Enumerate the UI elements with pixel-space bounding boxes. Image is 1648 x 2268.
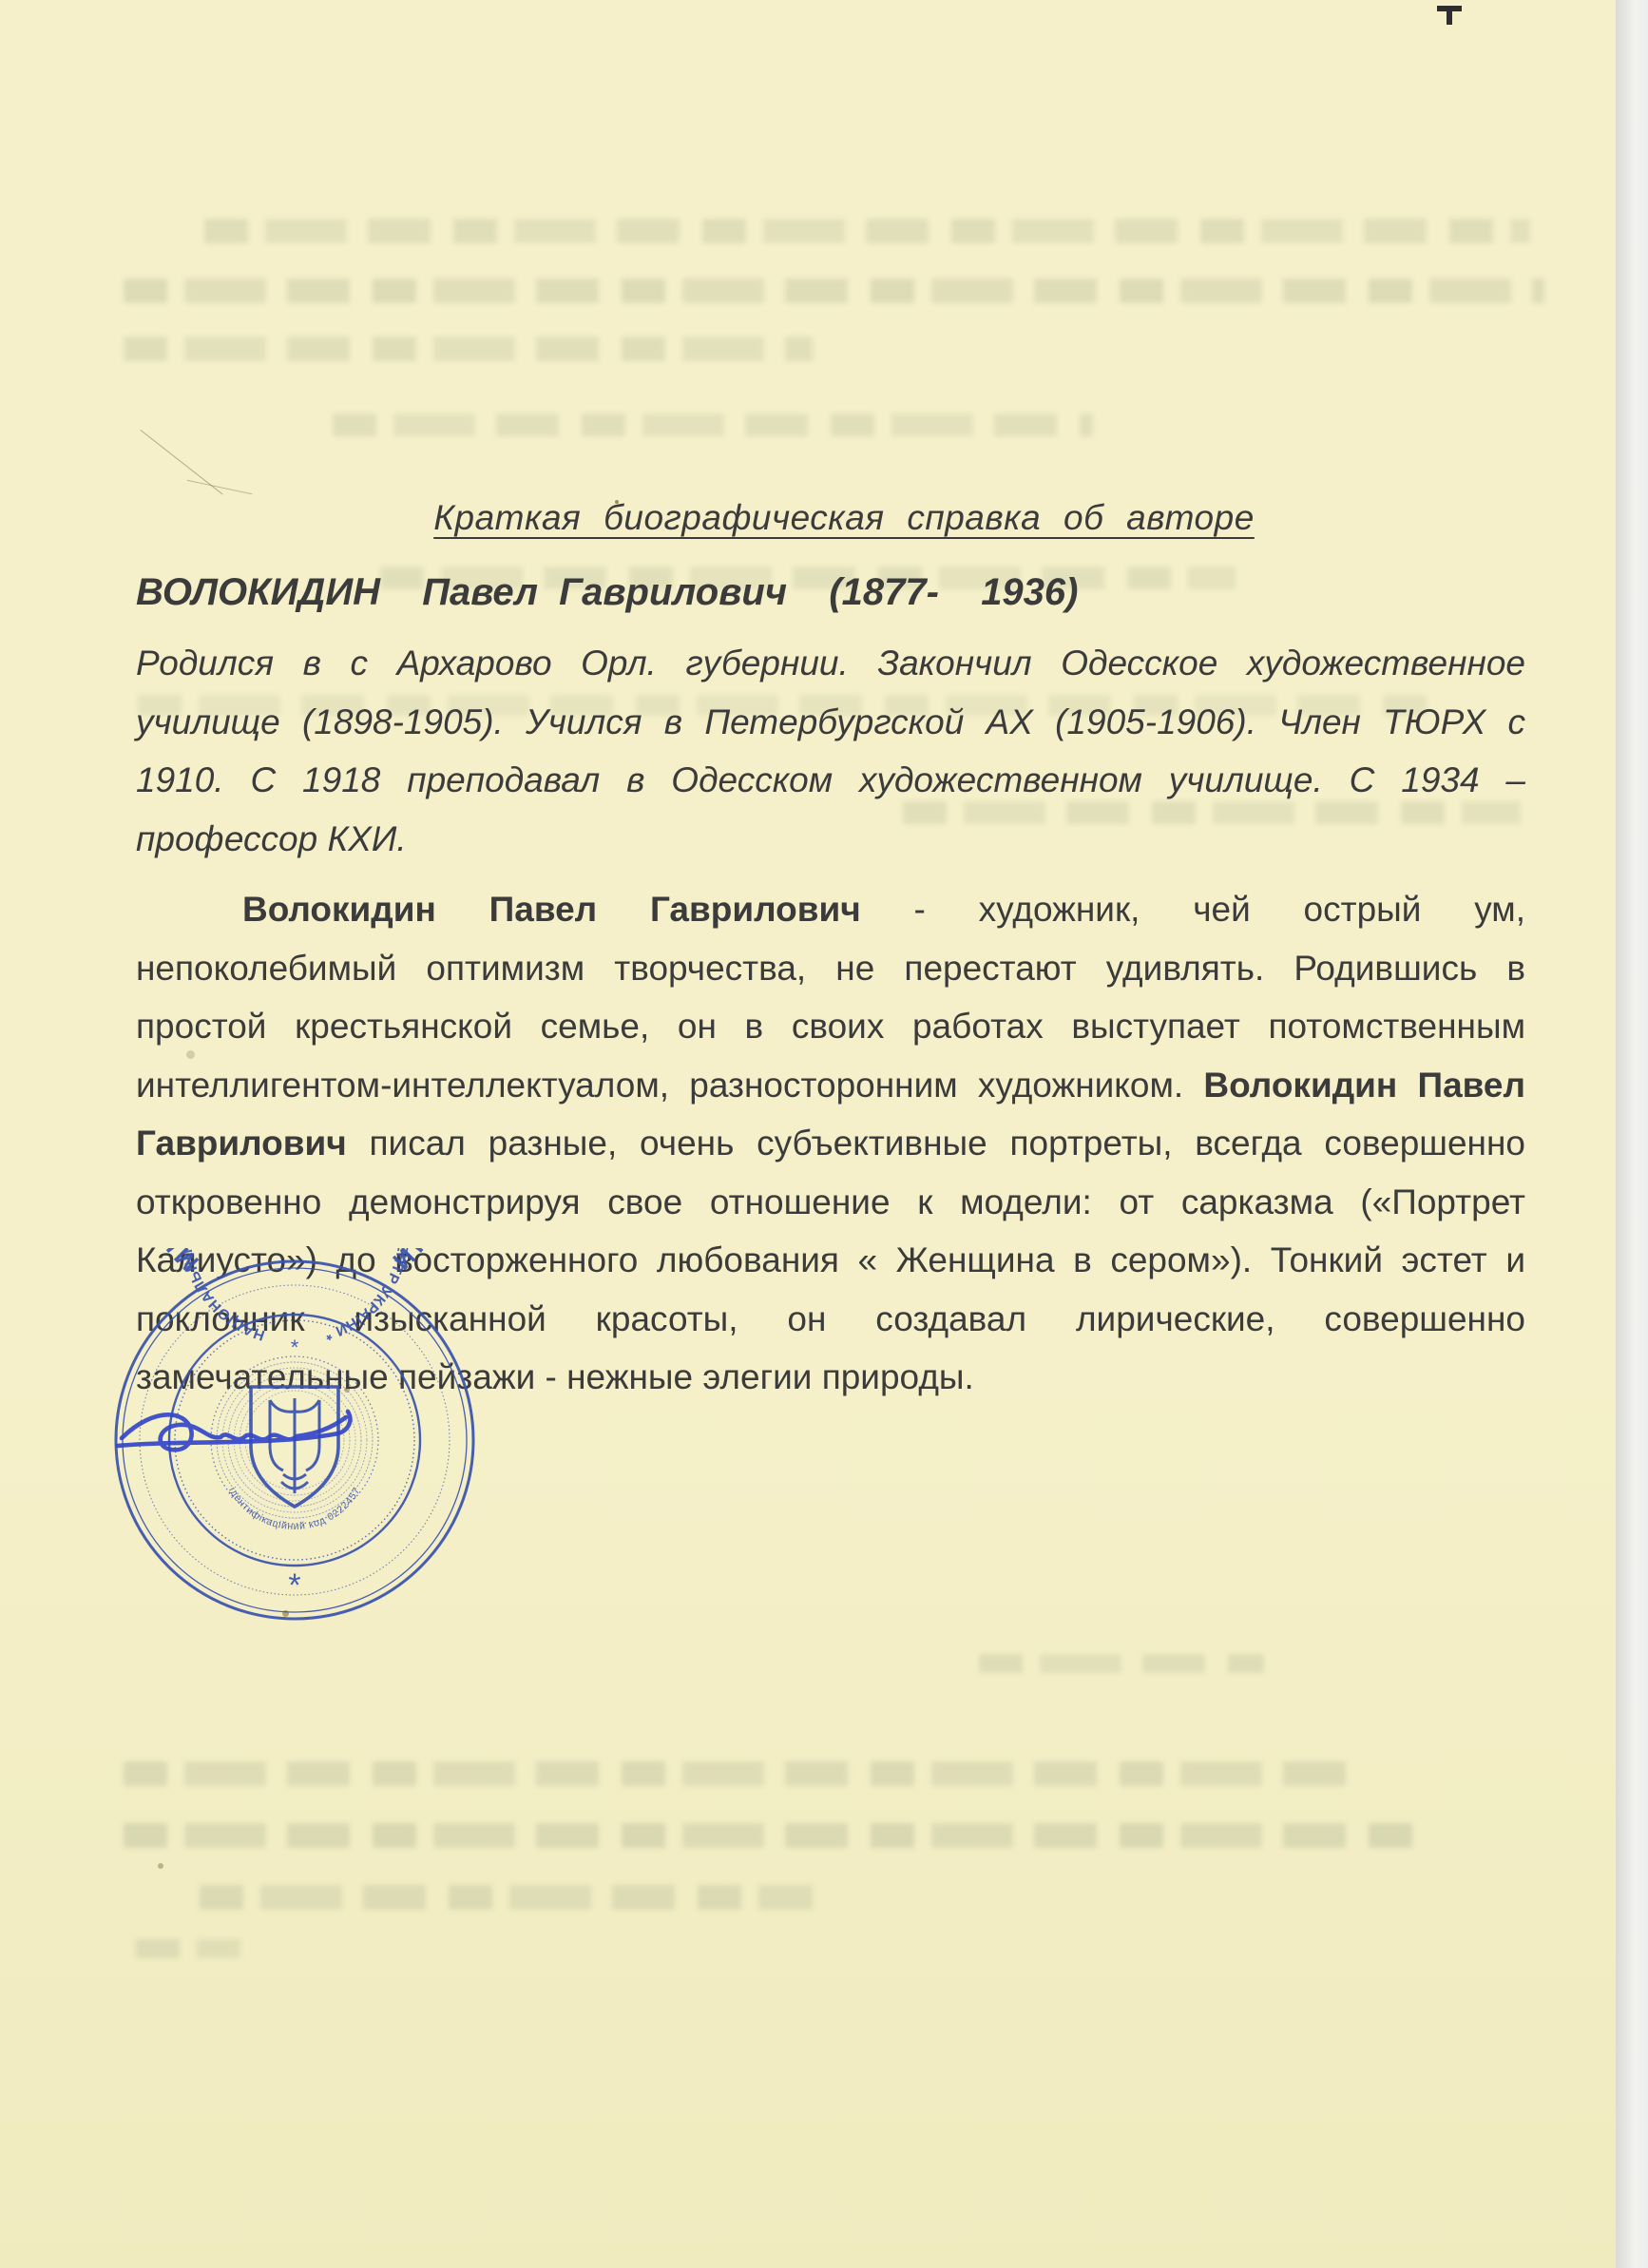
body-line: Гаврилович писал разные, очень субъектив… [136,1114,1525,1173]
author-name-bold: Волокидин Павел Гаврилович [242,890,861,929]
author-name-bold: Волокидин Павел [1203,1066,1525,1105]
bleedthrough-line [979,1654,1264,1673]
bleedthrough-line [136,1939,240,1958]
bleedthrough-line [124,1823,1426,1848]
bleedthrough-line [124,336,813,361]
bleedthrough-line [124,279,1544,303]
registration-mark [1437,6,1462,27]
registration-mark-stem [1447,11,1452,25]
bleedthrough-line [124,1761,1350,1786]
document-title: Краткая биографическая справка об авторе [136,498,1539,538]
bleedthrough-line [333,413,1093,436]
author-name-bold: Гаврилович [136,1124,347,1163]
bio-line: профессор КХИ. [136,810,1525,869]
scanner-edge-strip [1616,0,1648,2268]
stamp-bottom-asterisk: * [288,1567,300,1604]
body-text: писал разные, очень субъективные портрет… [347,1124,1525,1163]
bio-line: училище (1898-1905). Учился в Петербургс… [136,693,1525,752]
body-text: простой крестьянской семье, он в своих р… [136,1007,1525,1046]
body-line: Волокидин Павел Гаврилович - художник, ч… [136,880,1525,939]
scanned-document-page: Краткая биографическая справка об авторе… [0,0,1648,2268]
body-text: откровенно демонстрируя свое отношение к… [136,1182,1525,1221]
bleedthrough-line [200,1885,813,1910]
ukraine-trident-emblem [251,1387,338,1507]
bleedthrough-line [204,219,1530,243]
body-text: интеллигентом-интеллектуалом, разносторо… [136,1066,1203,1105]
body-text: - художник, чей острый ум, [861,890,1525,929]
bio-line: Родился в с Архарово Орл. губернии. Зако… [136,634,1525,693]
stamp-top-asterisk: * [291,1336,299,1359]
author-name-line: ВОЛОКИДИН Павел Гаврилович (1877- 1936) [136,571,1525,614]
bio-paragraph: Родился в с Архарово Орл. губернии. Зако… [136,634,1525,868]
body-line: откровенно демонстрируя свое отношение к… [136,1173,1525,1232]
body-line: непоколебимый оптимизм творчества, не пе… [136,939,1525,998]
body-text: непоколебимый оптимизм творчества, не пе… [136,949,1525,988]
body-line: простой крестьянской семье, он в своих р… [136,997,1525,1056]
body-line: интеллигентом-интеллектуалом, разносторо… [136,1056,1525,1115]
bio-line: 1910. С 1918 преподавал в Одесском худож… [136,751,1525,810]
ministry-round-stamp: УКРАЇНА · УКРАЇНА · УКРАЇНА · УКРАЇНА · … [103,1248,487,1632]
paper-speck [158,1863,163,1869]
handwritten-signature [118,1412,350,1450]
